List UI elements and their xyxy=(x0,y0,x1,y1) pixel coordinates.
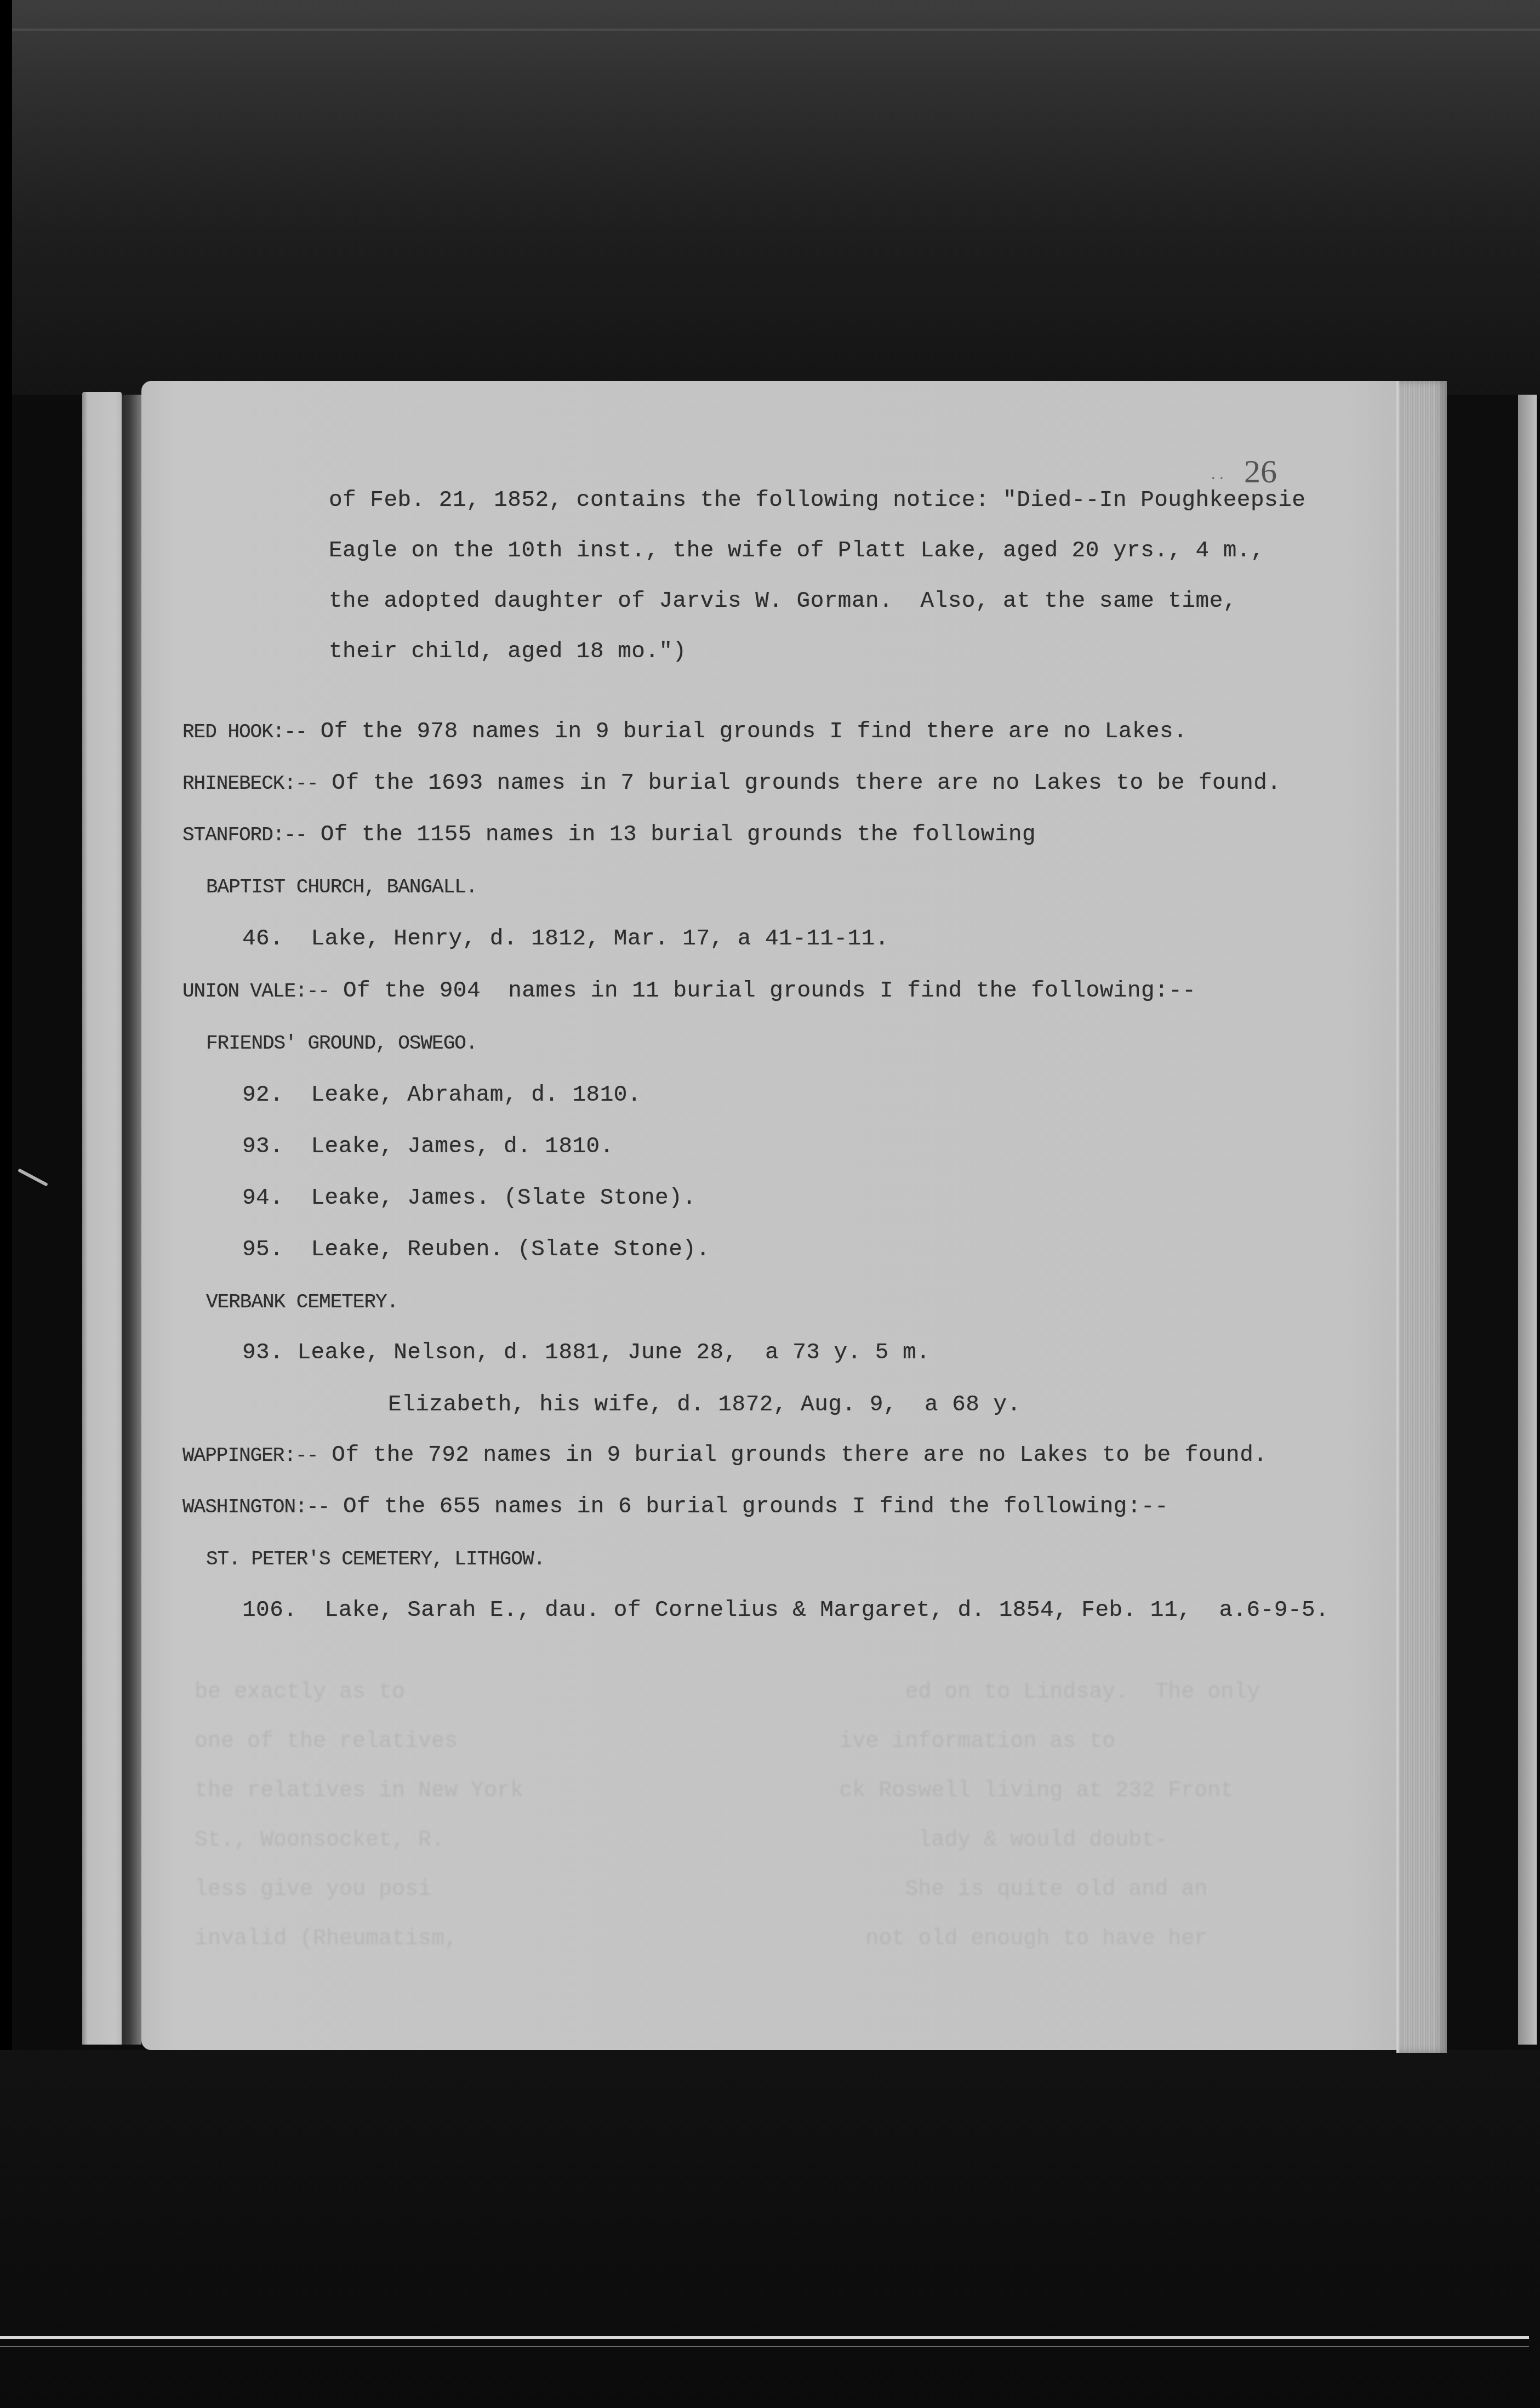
town-section-stanford: STANFORD:-- Of the 1155 names in 13 buri… xyxy=(182,822,1036,847)
town-name: WASHINGTON:-- xyxy=(182,1496,329,1518)
town-section-wappinger: WAPPINGER:-- Of the 792 names in 9 buria… xyxy=(182,1443,1267,1468)
show-through-line: the relatives in New York ck Roswell liv… xyxy=(195,1779,1234,1803)
town-name: RED HOOK:-- xyxy=(182,721,307,743)
continuation-line: their child, aged 18 mo.") xyxy=(329,639,687,664)
previous-page-strip xyxy=(82,392,122,2045)
cemetery-heading: FRIENDS' GROUND, OSWEGO. xyxy=(206,1032,477,1055)
show-through-line: invalid (Rheumatism, not old enough to h… xyxy=(195,1927,1207,1951)
town-summary: Of the 904 names in 11 burial grounds I … xyxy=(329,978,1196,1004)
town-summary: Of the 655 names in 6 burial grounds I f… xyxy=(329,1494,1168,1519)
town-summary: Of the 792 names in 9 burial grounds the… xyxy=(318,1443,1267,1468)
burial-entry: 93. Leake, Nelson, d. 1881, June 28, a 7… xyxy=(242,1340,930,1365)
film-left-edge xyxy=(0,0,12,2408)
film-bottom-edge-secondary xyxy=(0,2346,1529,2347)
show-through-line: be exactly as to ed on to Lindsay. The o… xyxy=(195,1680,1260,1705)
film-top-border xyxy=(0,0,1540,395)
town-section-red-hook: RED HOOK:-- Of the 978 names in 9 burial… xyxy=(182,719,1187,744)
town-name: RHINEBECK:-- xyxy=(182,772,318,795)
burial-entry: Elizabeth, his wife, d. 1872, Aug. 9, a … xyxy=(388,1392,1021,1418)
town-name: UNION VALE:-- xyxy=(182,980,329,1003)
show-through-line: one of the relatives ive information as … xyxy=(195,1729,1115,1754)
town-summary: Of the 1693 names in 7 burial grounds th… xyxy=(318,771,1281,796)
right-film-gap xyxy=(1447,395,1518,2050)
book-gutter xyxy=(122,395,141,2045)
film-top-edge xyxy=(0,29,1540,31)
film-bottom-border xyxy=(0,2050,1540,2408)
burial-entry: 92. Leake, Abraham, d. 1810. xyxy=(242,1083,641,1108)
town-summary: Of the 978 names in 9 burial grounds I f… xyxy=(307,719,1188,744)
town-section-rhinebeck: RHINEBECK:-- Of the 1693 names in 7 buri… xyxy=(182,771,1281,796)
show-through-line: St., Woonsocket, R. lady & would doubt- xyxy=(195,1828,1168,1853)
page-number-marks: . . xyxy=(1211,465,1224,483)
show-through-line: less give you posi She is quite old and … xyxy=(195,1877,1207,1902)
burial-entry: 106. Lake, Sarah E., dau. of Cornelius &… xyxy=(242,1598,1329,1623)
burial-entry: 46. Lake, Henry, d. 1812, Mar. 17, a 41-… xyxy=(242,926,889,952)
town-summary: Of the 1155 names in 13 burial grounds t… xyxy=(307,822,1036,847)
burial-entry: 93. Leake, James, d. 1810. xyxy=(242,1134,614,1159)
burial-entry: 95. Leake, Reuben. (Slate Stone). xyxy=(242,1237,710,1262)
town-section-washington: WASHINGTON:-- Of the 655 names in 6 buri… xyxy=(182,1494,1168,1519)
film-scratch xyxy=(18,1168,48,1186)
burial-entry: 94. Leake, James. (Slate Stone). xyxy=(242,1186,696,1211)
film-bottom-edge xyxy=(0,2336,1529,2339)
continuation-line: of Feb. 21, 1852, contains the following… xyxy=(329,488,1305,513)
continuation-line: the adopted daughter of Jarvis W. Gorman… xyxy=(329,589,1237,614)
page-edge-highlight xyxy=(1396,381,1399,2053)
cemetery-heading: BAPTIST CHURCH, BANGALL. xyxy=(206,876,477,898)
page-number: 26 xyxy=(1244,453,1277,491)
continuation-line: Eagle on the 10th inst., the wife of Pla… xyxy=(329,538,1264,563)
town-name: WAPPINGER:-- xyxy=(182,1444,318,1467)
page-edge-stack xyxy=(1396,381,1447,2053)
next-frame-sliver xyxy=(1518,395,1537,2045)
town-name: STANFORD:-- xyxy=(182,824,307,846)
town-section-union-vale: UNION VALE:-- Of the 904 names in 11 bur… xyxy=(182,978,1196,1004)
cemetery-heading: VERBANK CEMETERY. xyxy=(206,1291,398,1313)
cemetery-heading: ST. PETER'S CEMETERY, LITHGOW. xyxy=(206,1548,545,1570)
